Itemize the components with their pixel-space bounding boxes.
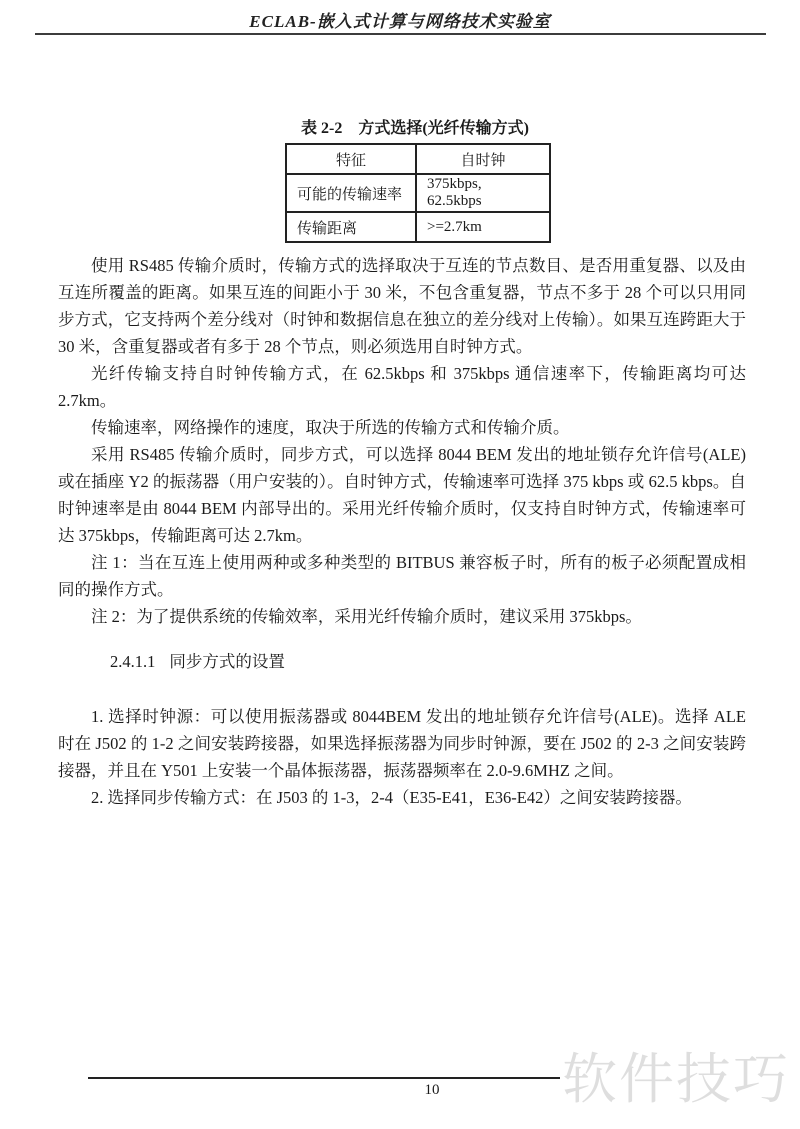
section-number: 2.4.1.1	[110, 652, 155, 671]
list-item: 2. 选择同步传输方式：在 J503 的 1-3，2-4（E35-E41，E36…	[58, 784, 746, 811]
table-caption: 表 2-2 方式选择(光纤传输方式)	[15, 115, 800, 138]
page-number: 10	[416, 1082, 448, 1099]
section-heading: 2.4.1.1同步方式的设置	[58, 648, 746, 675]
paragraph: 采用 RS485 传输介质时，同步方式，可以选择 8044 BEM 发出的地址锁…	[58, 441, 746, 549]
table-cell: >=2.7km	[416, 212, 550, 242]
table-cell: 传输距离	[286, 212, 416, 242]
list-item: 1. 选择时钟源：可以使用振荡器或 8044BEM 发出的地址锁存允许信号(AL…	[58, 703, 746, 784]
table-cell: 可能的传输速率	[286, 174, 416, 212]
table-row: 可能的传输速率 375kbps, 62.5kbps	[286, 174, 550, 212]
spec-table: 特征 自时钟 可能的传输速率 375kbps, 62.5kbps 传输距离 >=…	[285, 143, 551, 243]
section-title: 同步方式的设置	[169, 652, 285, 671]
table-row: 传输距离 >=2.7km	[286, 212, 550, 242]
table-cell: 375kbps, 62.5kbps	[416, 174, 550, 212]
table-cell: 自时钟	[416, 144, 550, 174]
paragraph: 光纤传输支持自时钟传输方式，在 62.5kbps 和 375kbps 通信速率下…	[58, 360, 746, 414]
note-paragraph: 注 1：当在互连上使用两种或多种类型的 BITBUS 兼容板子时，所有的板子必须…	[58, 549, 746, 603]
footer-rule	[88, 1077, 560, 1079]
watermark: 软件技巧	[562, 1035, 790, 1114]
page-header-title: ECLAB-嵌入式计算与网络技术实验室	[0, 7, 800, 32]
header-rule	[35, 33, 766, 35]
paragraph: 使用 RS485 传输介质时，传输方式的选择取决于互连的节点数目、是否用重复器、…	[58, 252, 746, 360]
document-body: 使用 RS485 传输介质时，传输方式的选择取决于互连的节点数目、是否用重复器、…	[58, 252, 746, 811]
paragraph: 传输速率，网络操作的速度，取决于所选的传输方式和传输介质。	[58, 414, 746, 441]
table-cell: 特征	[286, 144, 416, 174]
table-row: 特征 自时钟	[286, 144, 550, 174]
note-paragraph: 注 2：为了提供系统的传输效率，采用光纤传输介质时，建议采用 375kbps。	[58, 603, 746, 630]
